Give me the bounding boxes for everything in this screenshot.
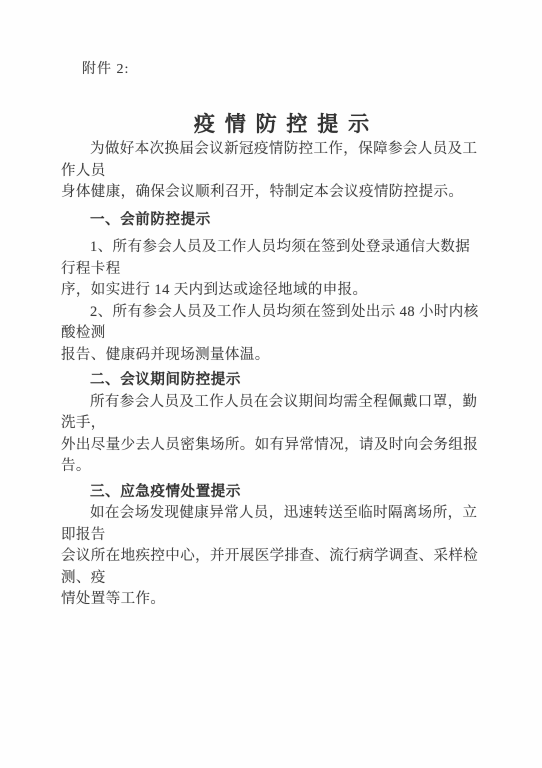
scanned-document-page: 附件 2: 疫 情 防 控 提 示 为做好本次换届会议新冠疫情防控工作，保障参会… <box>0 0 542 768</box>
section-2-heading: 二、会议期间防控提示 <box>61 370 482 392</box>
section-1-paragraph-1: 1、所有参会人员及工作人员均须在签到处登录通信大数据行程卡程 序，如实进行 14… <box>61 237 482 302</box>
section-3-heading: 三、应急疫情处置提示 <box>61 482 482 504</box>
document-body: 为做好本次换届会议新冠疫情防控工作，保障参会人员及工作人员 身体健康，确保会议顺… <box>61 139 482 611</box>
intro-paragraph: 为做好本次换届会议新冠疫情防控工作，保障参会人员及工作人员 身体健康，确保会议顺… <box>61 139 482 204</box>
section-1-paragraph-2: 2、所有参会人员及工作人员均须在签到处出示 48 小时内核酸检测 报告、健康码并… <box>61 302 482 367</box>
section-1-heading: 一、会前防控提示 <box>61 210 482 232</box>
section-2-paragraph-1: 所有参会人员及工作人员在会议期间均需全程佩戴口罩，勤洗手， 外出尽量少去人员密集… <box>61 392 482 478</box>
attachment-label: 附件 2: <box>82 62 129 78</box>
document-title: 疫 情 防 控 提 示 <box>61 112 482 138</box>
section-3-paragraph-1: 如在会场发现健康异常人员，迅速转送至临时隔离场所，立即报告 会议所在地疾控中心，… <box>61 503 482 611</box>
